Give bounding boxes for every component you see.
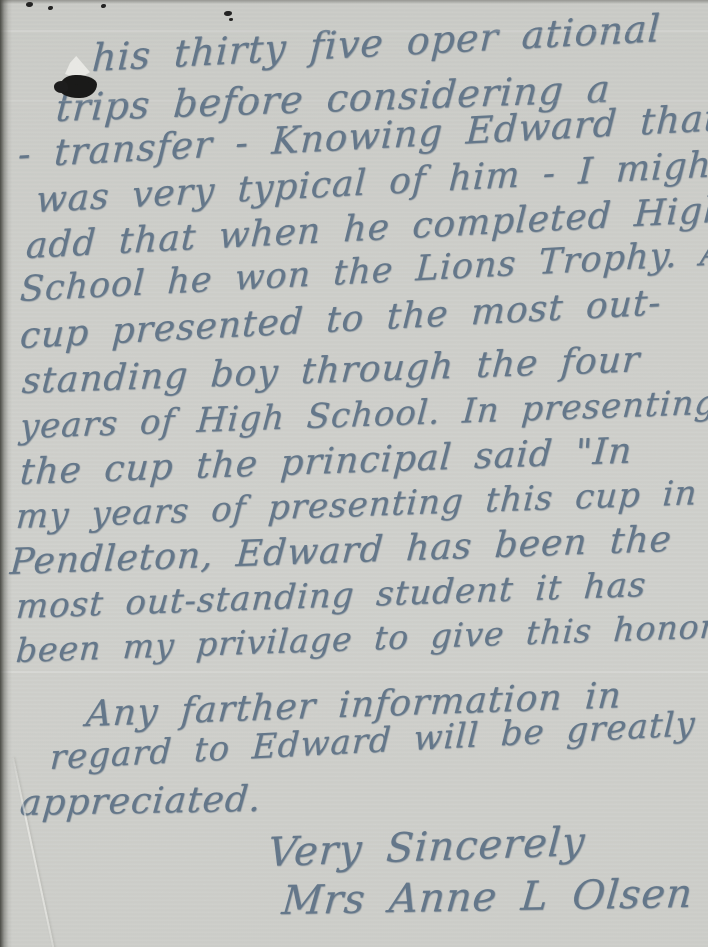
- valediction-line: Very Sincerely: [266, 819, 587, 876]
- scan-edge-shadow: [0, 0, 12, 947]
- ink-speck: [229, 18, 233, 21]
- paper-fold-line: [0, 100, 708, 102]
- scan-edge-shadow: [0, 0, 708, 4]
- paper-fold-line: [0, 671, 708, 673]
- paper-fold-line: [0, 30, 708, 32]
- handwriting-line: appreciated.: [18, 779, 263, 824]
- ink-speck: [48, 6, 53, 10]
- ink-speck: [224, 11, 232, 16]
- ink-speck: [101, 4, 106, 8]
- letter-page: his thirty five oper ational trips befor…: [0, 0, 708, 947]
- signature-line: Mrs Anne L Olsen: [280, 871, 695, 924]
